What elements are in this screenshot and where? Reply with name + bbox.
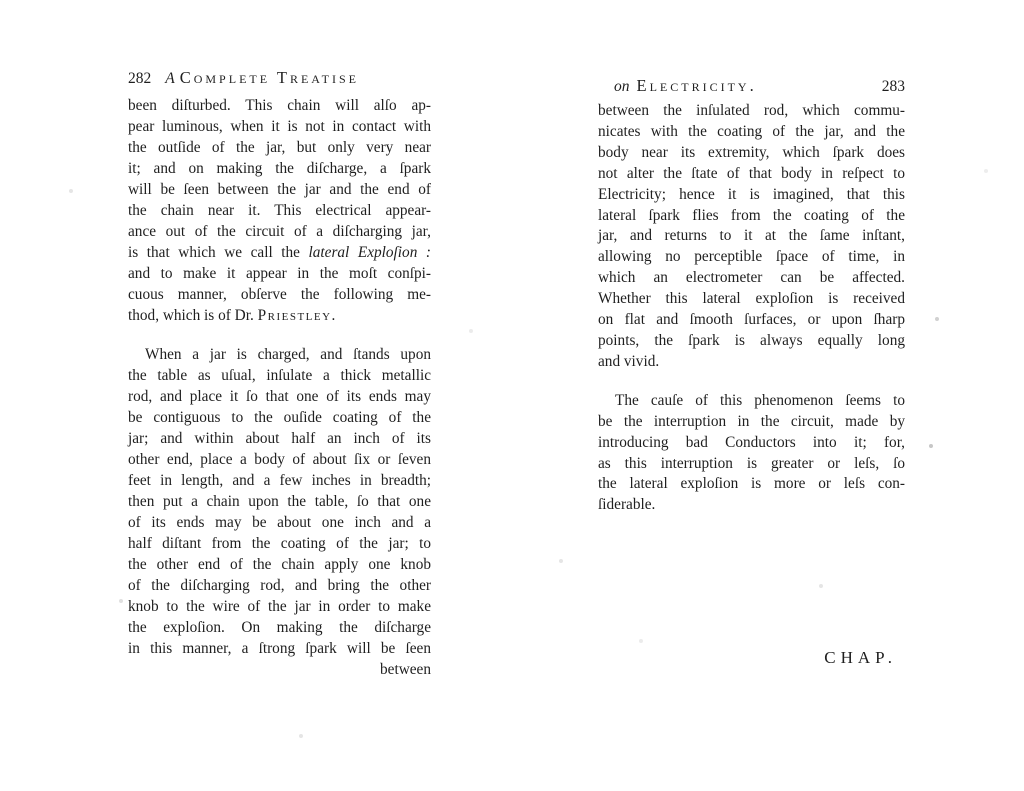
paragraph: between the inſulated rod, which commu-n… bbox=[598, 101, 905, 373]
text-line: it; and on making the diſcharge, a ſpark bbox=[128, 158, 431, 179]
text-line: introducing bad Conductors into it; for, bbox=[598, 433, 905, 454]
text-line: as this interruption is greater or leſs,… bbox=[598, 454, 905, 475]
right-page-body: between the inſulated rod, which commu-n… bbox=[598, 101, 905, 516]
text-line: the outſide of the jar, but only very ne… bbox=[128, 137, 431, 158]
paragraph: been diſturbed. This chain will alſo ap-… bbox=[128, 95, 431, 326]
text-line: the lateral exploſion is more or leſs co… bbox=[598, 474, 905, 495]
text-line: feet in length, and a few inches in brea… bbox=[128, 470, 431, 491]
text-line: the chain near it. This electrical appea… bbox=[128, 200, 431, 221]
text-line: on flat and ſmooth ſurfaces, or upon ſha… bbox=[598, 310, 905, 331]
text-line: other end, place a body of about ſix or … bbox=[128, 449, 431, 470]
text-line: been diſturbed. This chain will alſo ap- bbox=[128, 95, 431, 116]
paragraph: The cauſe of this phenomenon ſeems tobe … bbox=[598, 391, 905, 516]
text-line: then put a chain upon the table, ſo that… bbox=[128, 491, 431, 512]
text-line: When a jar is charged, and ſtands upon bbox=[128, 344, 431, 365]
text-line: which an electrometer can be affected. bbox=[598, 268, 905, 289]
right-head-title: Electricity. bbox=[637, 76, 757, 96]
text-line: cuous manner, obſerve the following me- bbox=[128, 284, 431, 305]
text-line: half diſtant from the coating of the jar… bbox=[128, 533, 431, 554]
text-line: and vivid. bbox=[598, 352, 905, 373]
right-page: on Electricity. 283 between the inſulate… bbox=[598, 76, 905, 668]
left-head-title: Complete Treatise bbox=[180, 68, 359, 88]
text-line: and to make it appear in the moſt conſpi… bbox=[128, 263, 431, 284]
text-line: be the interruption in the circuit, made… bbox=[598, 412, 905, 433]
text-line: is that which we call the lateral Exploſ… bbox=[128, 242, 431, 263]
text-line: The cauſe of this phenomenon ſeems to bbox=[598, 391, 905, 412]
text-line: nicates with the coating of the jar, and… bbox=[598, 122, 905, 143]
text-line: of the diſcharging rod, and bring the ot… bbox=[128, 575, 431, 596]
paragraph: When a jar is charged, and ſtands uponth… bbox=[128, 344, 431, 659]
left-page: 282 A Complete Treatise been diſturbed. … bbox=[128, 68, 431, 680]
text-line: Electricity; hence it is imagined, that … bbox=[598, 185, 905, 206]
text-line: rod, and place it ſo that one of its end… bbox=[128, 386, 431, 407]
right-head-preposition: on bbox=[614, 78, 630, 96]
text-line: the exploſion. On making the diſcharge bbox=[128, 617, 431, 638]
right-catchword: CHAP. bbox=[598, 647, 905, 668]
text-line: will be ſeen between the jar and the end… bbox=[128, 179, 431, 200]
text-line: jar, and returns to it at the ſame inſta… bbox=[598, 226, 905, 247]
text-line: thod, which is of Dr. Priestley. bbox=[128, 305, 431, 326]
text-line: body near its extremity, which ſpark doe… bbox=[598, 143, 905, 164]
text-line: not alter the ſtate of that body in reſp… bbox=[598, 164, 905, 185]
text-line: lateral ſpark flies from the coating of … bbox=[598, 206, 905, 227]
right-page-number: 283 bbox=[882, 78, 905, 96]
left-running-head: 282 A Complete Treatise bbox=[128, 68, 431, 88]
left-page-number: 282 bbox=[128, 70, 151, 88]
scan-specks bbox=[0, 0, 2, 2]
text-line: be contiguous to the ouſide coating of t… bbox=[128, 407, 431, 428]
text-line: in this manner, a ſtrong ſpark will be ſ… bbox=[128, 638, 431, 659]
text-line: knob to the wire of the jar in order to … bbox=[128, 596, 431, 617]
left-catchword: between bbox=[128, 659, 431, 680]
text-line: ſiderable. bbox=[598, 495, 905, 516]
text-line: allowing no perceptible ſpace of time, i… bbox=[598, 247, 905, 268]
text-line: the table as uſual, inſulate a thick met… bbox=[128, 365, 431, 386]
text-line: ance out of the circuit of a diſcharging… bbox=[128, 221, 431, 242]
text-line: points, the ſpark is always equally long bbox=[598, 331, 905, 352]
right-running-head: on Electricity. 283 bbox=[598, 76, 905, 96]
text-line: Whether this lateral exploſion is receiv… bbox=[598, 289, 905, 310]
text-line: pear luminous, when it is not in contact… bbox=[128, 116, 431, 137]
text-line: jar; and within about half an inch of it… bbox=[128, 428, 431, 449]
left-page-body: been diſturbed. This chain will alſo ap-… bbox=[128, 95, 431, 659]
text-line: between the inſulated rod, which commu- bbox=[598, 101, 905, 122]
left-head-article: A bbox=[165, 70, 174, 88]
text-line: the other end of the chain apply one kno… bbox=[128, 554, 431, 575]
text-line: of its ends may be about one inch and a bbox=[128, 512, 431, 533]
